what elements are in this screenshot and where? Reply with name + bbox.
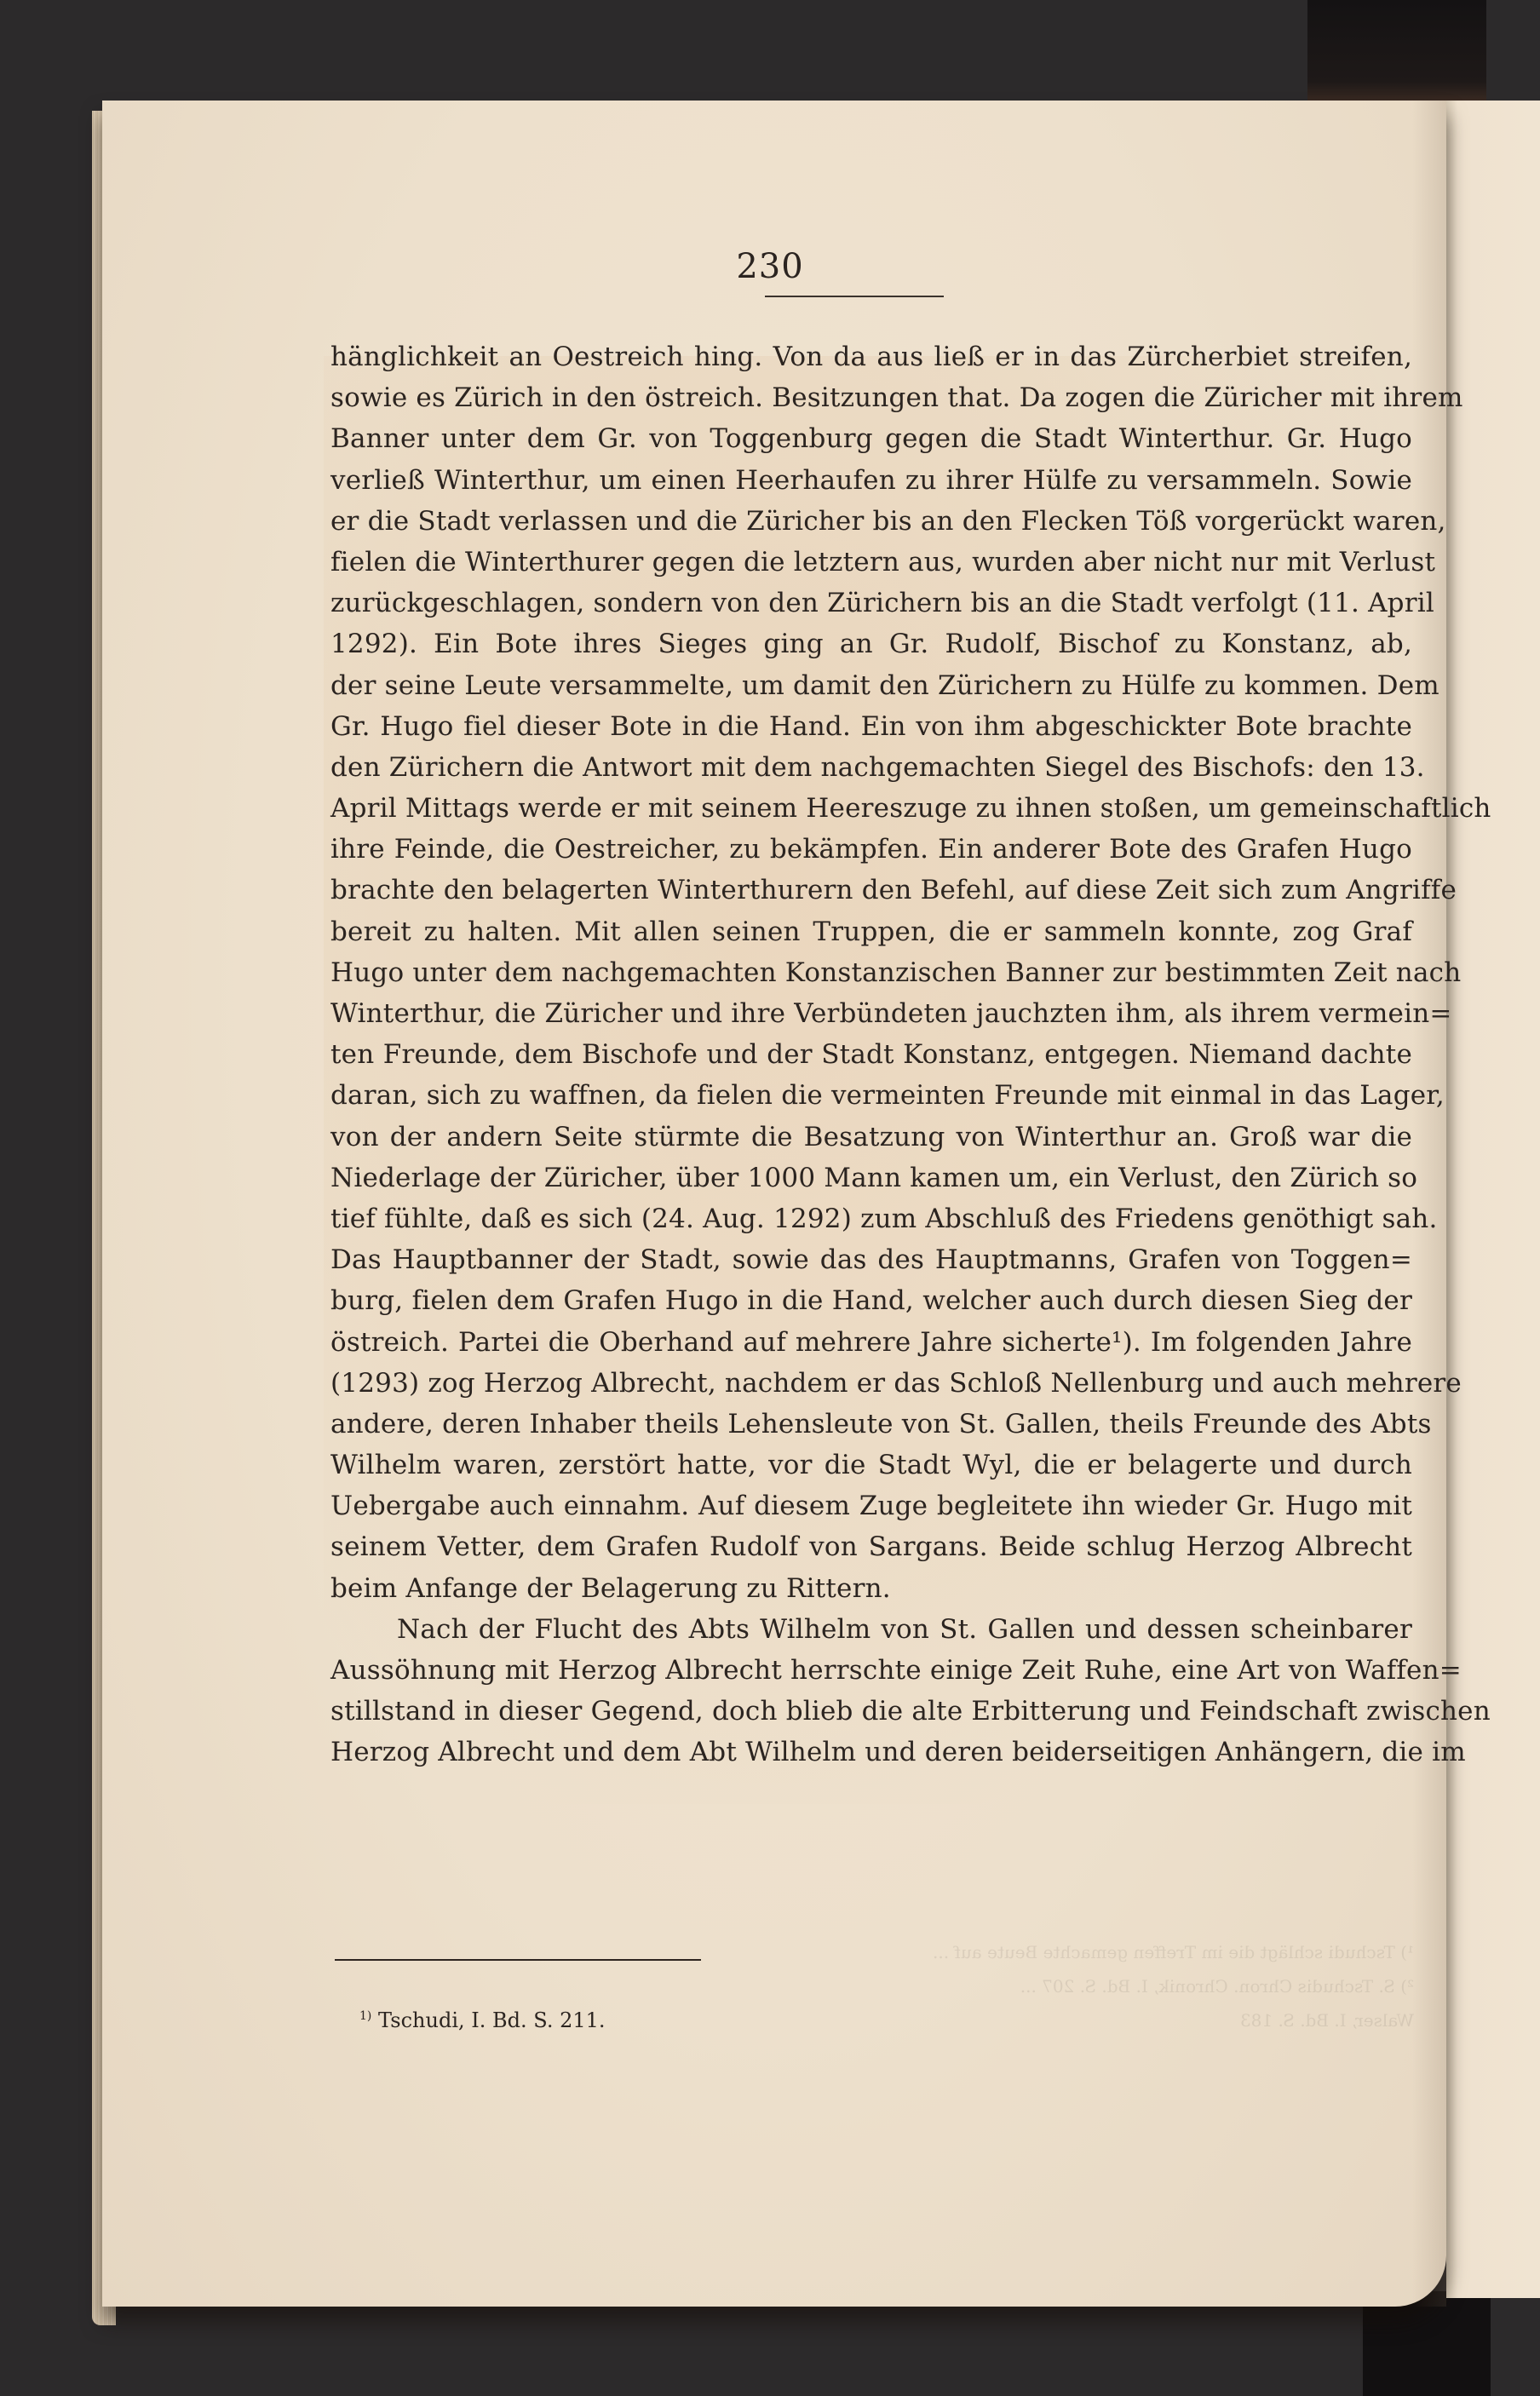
paragraph-start-line: Nach der Flucht des Abts Wilhelm von St.…: [330, 1609, 1412, 1650]
text-line: Winterthur, die Züricher und ihre Verbün…: [330, 993, 1412, 1034]
footnote: 1) Tschudi, I. Bd. S. 211.: [359, 2008, 606, 2032]
text-line: daran, sich zu waffnen, da fielen die ve…: [330, 1075, 1412, 1116]
text-line: tief fühlte, daß es sich (24. Aug. 1292)…: [330, 1198, 1412, 1239]
text-line: Herzog Albrecht und dem Abt Wilhelm und …: [330, 1732, 1412, 1773]
bleed-line: Walser, I. Bd. S. 183: [971, 2003, 1414, 2037]
footnote-text: Tschudi, I. Bd. S. 211.: [378, 2008, 606, 2032]
paragraph-end-line: beim Anfange der Belagerung zu Rittern.: [330, 1568, 1412, 1609]
bleed-line: ²) S. Tschudis Chron. Chronik, I. Bd. S.…: [971, 1969, 1414, 2003]
footnote-rule: [335, 1959, 701, 1961]
text-line: Aussöhnung mit Herzog Albrecht herrschte…: [330, 1650, 1412, 1691]
book-gutter-shadow: [1363, 2291, 1491, 2396]
page-number-rule: [765, 296, 944, 297]
text-line: ihre Feinde, die Oestreicher, zu bekämpf…: [330, 829, 1412, 870]
bleed-through-text: ¹) Tschudi schlägt die im Treffen gemach…: [971, 1935, 1414, 2037]
text-line: ten Freunde, dem Bischofe und der Stadt …: [330, 1034, 1412, 1075]
text-line: von der andern Seite stürmte die Besatzu…: [330, 1117, 1412, 1158]
text-line: Gr. Hugo fiel dieser Bote in die Hand. E…: [330, 706, 1412, 747]
page-number: 230: [0, 247, 1540, 286]
text-line: Uebergabe auch einnahm. Auf diesem Zuge …: [330, 1485, 1412, 1526]
text-line: zurückgeschlagen, sondern von den Zürich…: [330, 583, 1412, 623]
book-spine-shadow: [1307, 0, 1486, 102]
text-line: hänglichkeit an Oestreich hing. Von da a…: [330, 336, 1412, 377]
bleed-line: ¹) Tschudi schlägt die im Treffen gemach…: [971, 1935, 1414, 1969]
text-line: Das Hauptbanner der Stadt, sowie das des…: [330, 1239, 1412, 1280]
text-line: Wilhelm waren, zerstört hatte, vor die S…: [330, 1445, 1412, 1485]
text-line: er die Stadt verlassen und die Züricher …: [330, 501, 1412, 542]
text-line: stillstand in dieser Gegend, doch blieb …: [330, 1691, 1412, 1732]
text-line: der seine Leute versammelte, um damit de…: [330, 665, 1412, 706]
text-line: 1292). Ein Bote ihres Sieges ging an Gr.…: [330, 623, 1412, 664]
text-line: (1293) zog Herzog Albrecht, nachdem er d…: [330, 1363, 1412, 1404]
text-line: östreich. Partei die Oberhand auf mehrer…: [330, 1322, 1412, 1363]
text-line: andere, deren Inhaber theils Lehensleute…: [330, 1404, 1412, 1445]
text-line: sowie es Zürich in den östreich. Besitzu…: [330, 377, 1412, 418]
text-line: April Mittags werde er mit seinem Heeres…: [330, 788, 1412, 829]
facing-page-edge: [1446, 101, 1540, 2298]
text-line: Hugo unter dem nachgemachten Konstanzisc…: [330, 952, 1412, 993]
text-line: Niederlage der Züricher, über 1000 Mann …: [330, 1158, 1412, 1198]
text-line: burg, fielen dem Grafen Hugo in die Hand…: [330, 1280, 1412, 1321]
text-line: bereit zu halten. Mit allen seinen Trupp…: [330, 911, 1412, 952]
text-line: fielen die Winterthurer gegen die letzte…: [330, 542, 1412, 583]
text-line: seinem Vetter, dem Grafen Rudolf von Sar…: [330, 1526, 1412, 1567]
text-line: brachte den belagerten Winterthurern den…: [330, 870, 1412, 911]
text-line: verließ Winterthur, um einen Heerhaufen …: [330, 460, 1412, 501]
body-text: hänglichkeit an Oestreich hing. Von da a…: [330, 336, 1412, 1773]
text-line: Banner unter dem Gr. von Toggenburg gege…: [330, 418, 1412, 459]
text-line: den Zürichern die Antwort mit dem nachge…: [330, 747, 1412, 788]
footnote-marker: 1): [359, 2009, 371, 2023]
